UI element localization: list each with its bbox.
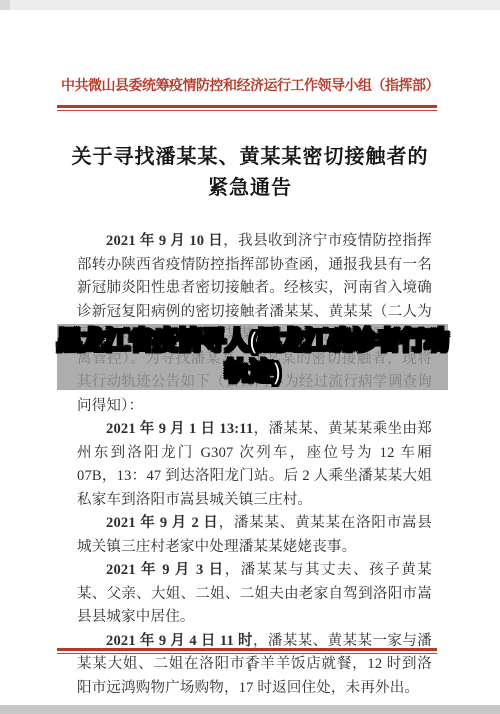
paragraph-sep3: 2021 年 9 月 3 日，潘某某与其丈夫、孩子黄某某、父亲、大姐、二姐、二姐… bbox=[77, 559, 432, 630]
paragraph-date: 2021 年 9 月 1 日 13:11 bbox=[106, 421, 253, 437]
letterhead-red-rule bbox=[57, 105, 437, 111]
paragraph-date: 2021 年 9 月 3 日 bbox=[106, 562, 225, 578]
document-title-line2: 紧急通告 bbox=[0, 173, 500, 204]
viewer-corner-mark bbox=[0, 0, 10, 10]
viewer-bottom-strip bbox=[0, 705, 500, 714]
document-body: 2021 年 9 月 10 日，我县收到济宁市疫情防控指挥部转办陕西省疫情防控指… bbox=[77, 230, 432, 700]
paragraph-date: 2021 年 9 月 2 日 bbox=[106, 515, 219, 531]
letterhead-org-name: 中共微山县委统筹疫情防控和经济运行工作领导小组（指挥部） bbox=[40, 75, 460, 95]
watermark-overlay-banner: 黑龙江省疫情寻人(黑龙江确诊者行动 轨迹) bbox=[57, 324, 448, 390]
footer-red-rule bbox=[57, 648, 437, 654]
paragraph-sep2: 2021 年 9 月 2 日，潘某某、黄某某在洛阳市嵩县城关镇三庄村老家中处理潘… bbox=[77, 512, 432, 559]
viewer-top-strip bbox=[0, 0, 500, 10]
paragraph-sep1: 2021 年 9 月 1 日 13:11，潘某某、黄某某乘坐由郑州东到洛阳龙门 … bbox=[77, 418, 432, 512]
paragraph-date: 2021 年 9 月 4 日 11 时 bbox=[106, 633, 253, 649]
document-title: 关于寻找潘某某、黄某某密切接触者的 紧急通告 bbox=[0, 142, 500, 204]
paragraph-date: 2021 年 9 月 10 日 bbox=[106, 233, 223, 249]
watermark-line1: 黑龙江省疫情寻人(黑龙江确诊者行动 bbox=[57, 326, 448, 357]
document-title-line1: 关于寻找潘某某、黄某某密切接触者的 bbox=[0, 142, 500, 173]
page-number: 1 bbox=[0, 662, 500, 674]
watermark-line2: 轨迹) bbox=[225, 357, 280, 388]
